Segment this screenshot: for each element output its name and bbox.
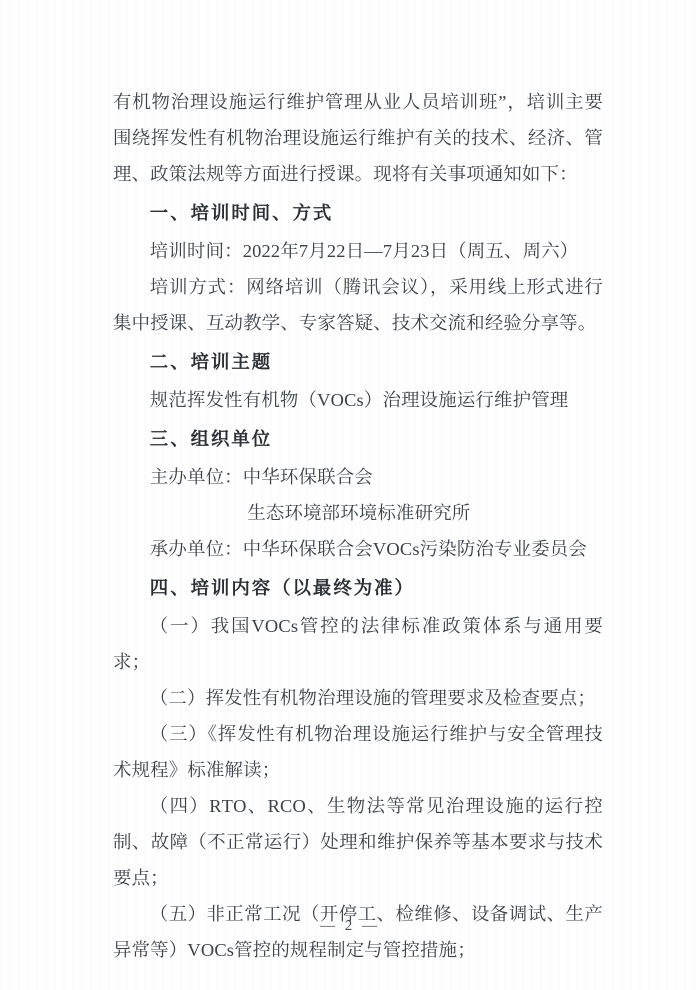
- paragraph: 承办单位：中华环保联合会VOCs污染防治专业委员会: [113, 531, 603, 567]
- document-page: 有机物治理设施运行维护管理从业人员培训班”，培训主要围绕挥发性有机物治理设施运行…: [0, 0, 700, 990]
- paragraph: 培训方式：网络培训（腾讯会议），采用线上形式进行集中授课、互动教学、专家答疑、技…: [113, 269, 603, 341]
- section-heading: 二、培训主题: [113, 344, 603, 380]
- section-heading: 一、培训时间、方式: [113, 195, 603, 231]
- paragraph: 规范挥发性有机物（VOCs）治理设施运行维护管理: [113, 382, 603, 418]
- section-heading: 三、组织单位: [113, 421, 603, 457]
- section-heading: 四、培训内容（以最终为准）: [113, 570, 603, 606]
- paragraph: （四）RTO、RCO、生物法等常见治理设施的运行控制、故障（不正常运行）处理和维…: [113, 788, 603, 896]
- paragraph: （一）我国VOCs管控的法律标准政策体系与通用要求；: [113, 608, 603, 680]
- paragraph: （二）挥发性有机物治理设施的管理要求及检查要点；: [113, 680, 603, 716]
- paragraph: 培训时间：2022年7月22日—7月23日（周五、周六）: [113, 233, 603, 269]
- document-body: 有机物治理设施运行维护管理从业人员培训班”，培训主要围绕挥发性有机物治理设施运行…: [113, 84, 603, 968]
- paragraph: （三）《挥发性有机物治理设施运行维护与安全管理技术规程》标准解读；: [113, 716, 603, 788]
- paragraph: 有机物治理设施运行维护管理从业人员培训班”，培训主要围绕挥发性有机物治理设施运行…: [113, 84, 603, 192]
- paragraph: 生态环境部环境标准研究所: [113, 495, 603, 531]
- page-footer: — 2 —: [0, 918, 700, 935]
- paragraph: 主办单位：中华环保联合会: [113, 459, 603, 495]
- page-number: — 2 —: [320, 918, 380, 934]
